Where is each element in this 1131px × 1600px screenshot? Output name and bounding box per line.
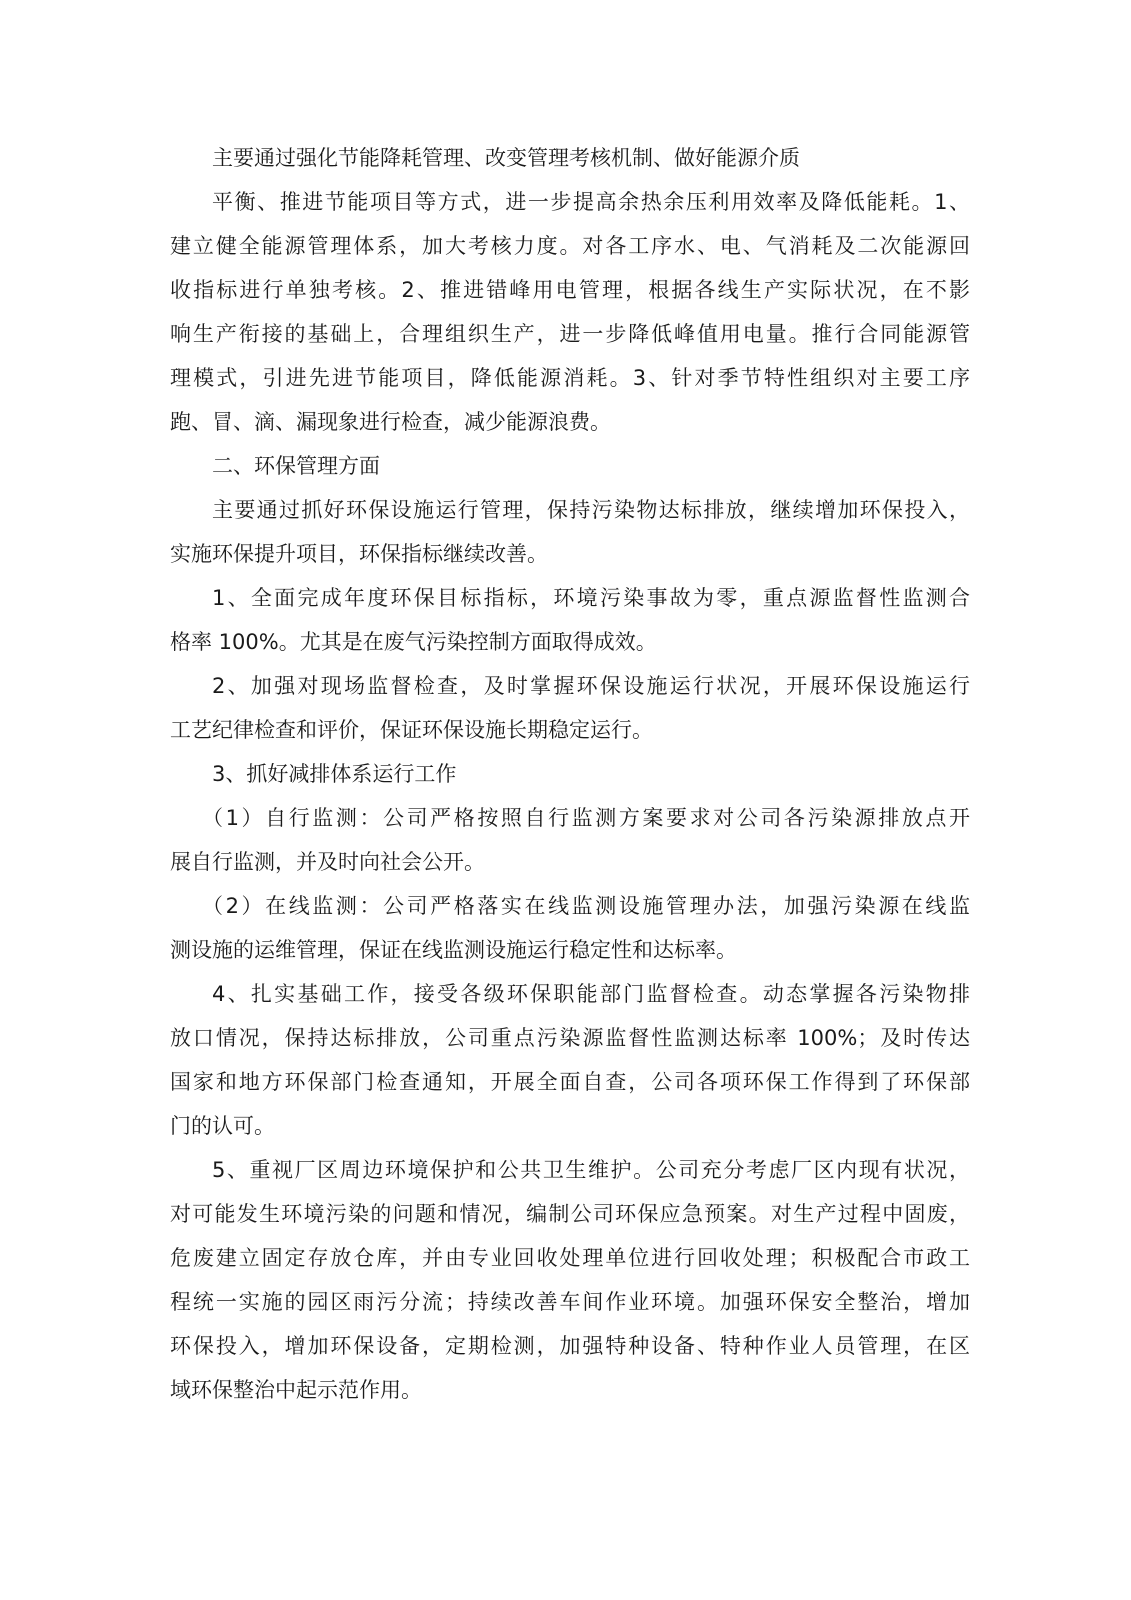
text-line: 对可能发生环境污染的问题和情况，编制公司环保应急预案。对生产过程中固废， bbox=[170, 1199, 970, 1229]
text-line: 国家和地方环保部门检查通知，开展全面自查，公司各项环保工作得到了环保部 bbox=[170, 1067, 970, 1097]
text-line: 建立健全能源管理体系，加大考核力度。对各工序水、电、气消耗及二次能源回 bbox=[170, 231, 970, 261]
text-line: 实施环保提升项目，环保指标继续改善。 bbox=[170, 539, 970, 569]
text-line: 域环保整治中起示范作用。 bbox=[170, 1375, 970, 1405]
text-line: 平衡、推进节能项目等方式，进一步提高余热余压利用效率及降低能耗。1、 bbox=[212, 187, 970, 217]
text-line: 响生产衔接的基础上，合理组织生产，进一步降低峰值用电量。推行合同能源管 bbox=[170, 319, 970, 349]
list-item-1: 1、全面完成年度环保目标指标，环境污染事故为零，重点源监督性监测合 bbox=[212, 583, 970, 613]
text-line: 理模式，引进先进节能项目，降低能源消耗。3、针对季节特性组织对主要工序 bbox=[170, 363, 970, 393]
text-line: 主要通过抓好环保设施运行管理，保持污染物达标排放，继续增加环保投入， bbox=[212, 495, 970, 525]
text-line: 主要通过强化节能降耗管理、改变管理考核机制、做好能源介质 bbox=[212, 143, 970, 173]
section-heading: 二、环保管理方面 bbox=[212, 451, 970, 481]
list-item-5: 5、重视厂区周边环境保护和公共卫生维护。公司充分考虑厂区内现有状况， bbox=[212, 1155, 970, 1185]
text-line: 格率 100%。尤其是在废气污染控制方面取得成效。 bbox=[170, 627, 970, 657]
list-item-4: 4、扎实基础工作，接受各级环保职能部门监督检查。动态掌握各污染物排 bbox=[212, 979, 970, 1009]
text-line: 测设施的运维管理，保证在线监测设施运行稳定性和达标率。 bbox=[170, 935, 970, 965]
text-line: 门的认可。 bbox=[170, 1111, 970, 1141]
list-item-2: 2、加强对现场监督检查，及时掌握环保设施运行状况，开展环保设施运行 bbox=[212, 671, 970, 701]
list-item-3: 3、抓好减排体系运行工作 bbox=[212, 759, 970, 789]
text-line: 危废建立固定存放仓库，并由专业回收处理单位进行回收处理；积极配合市政工 bbox=[170, 1243, 970, 1273]
text-line: 工艺纪律检查和评价，保证环保设施长期稳定运行。 bbox=[170, 715, 970, 745]
document-page: 主要通过强化节能降耗管理、改变管理考核机制、做好能源介质 平衡、推进节能项目等方… bbox=[0, 0, 1131, 1600]
text-line: 展自行监测，并及时向社会公开。 bbox=[170, 847, 970, 877]
sub-item-1: （1）自行监测：公司严格按照自行监测方案要求对公司各污染源排放点开 bbox=[202, 803, 970, 833]
text-line: 环保投入，增加环保设备，定期检测，加强特种设备、特种作业人员管理，在区 bbox=[170, 1331, 970, 1361]
text-line: 放口情况，保持达标排放，公司重点污染源监督性监测达标率 100%；及时传达 bbox=[170, 1023, 970, 1053]
text-line: 程统一实施的园区雨污分流；持续改善车间作业环境。加强环保安全整治，增加 bbox=[170, 1287, 970, 1317]
text-line: 跑、冒、滴、漏现象进行检查，减少能源浪费。 bbox=[170, 407, 970, 437]
sub-item-2: （2）在线监测：公司严格落实在线监测设施管理办法，加强污染源在线监 bbox=[202, 891, 970, 921]
text-line: 收指标进行单独考核。2、推进错峰用电管理，根据各线生产实际状况，在不影 bbox=[170, 275, 970, 305]
